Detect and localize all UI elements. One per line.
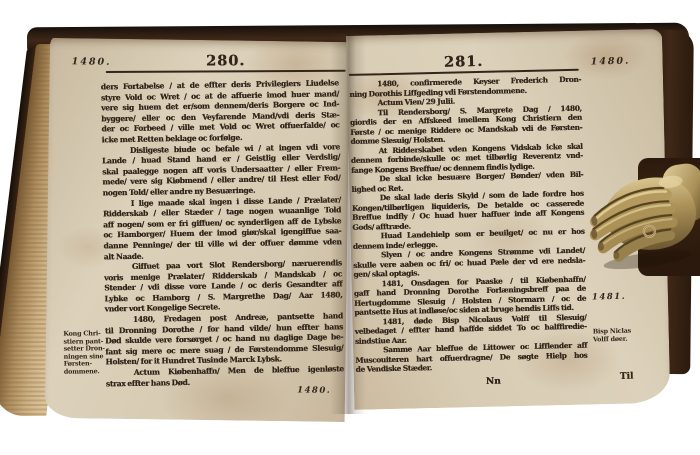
right-page-text: 1480, confirmerede Keyser Frederich Dron… (349, 75, 588, 375)
brass-hand-clasp (583, 160, 700, 272)
margin-note-line: dommene. (64, 368, 106, 376)
catchword: Til (620, 372, 634, 382)
left-page-header: 280. (106, 52, 346, 74)
right-page-header: 281. (348, 51, 578, 77)
signature-row: Nn Til (356, 373, 656, 380)
signature-mark: Nn (486, 377, 501, 387)
right-margin-note-bishop: Bisp NiclasVolff døer. (593, 327, 647, 343)
right-margin-year: 1480. (591, 56, 631, 68)
brass-hand-icon (583, 160, 700, 272)
left-bottom-year: 1480. (297, 385, 331, 395)
left-page: 1480. 280. ders Fortabelse / at de effte… (45, 38, 350, 422)
right-margin-note-year: 1481. (592, 292, 626, 303)
left-page-text: ders Fortabelse / at de effter deris Pri… (101, 78, 344, 389)
book-photo: 1480. 280. ders Fortabelse / at de effte… (0, 0, 700, 455)
left-header-rule (106, 70, 346, 74)
left-margin-note: Kong Chri-stiern pant-setter Dron-ningen… (63, 330, 106, 376)
margin-note-line: Volff døer. (593, 335, 647, 344)
left-page-number: 280. (106, 52, 346, 70)
